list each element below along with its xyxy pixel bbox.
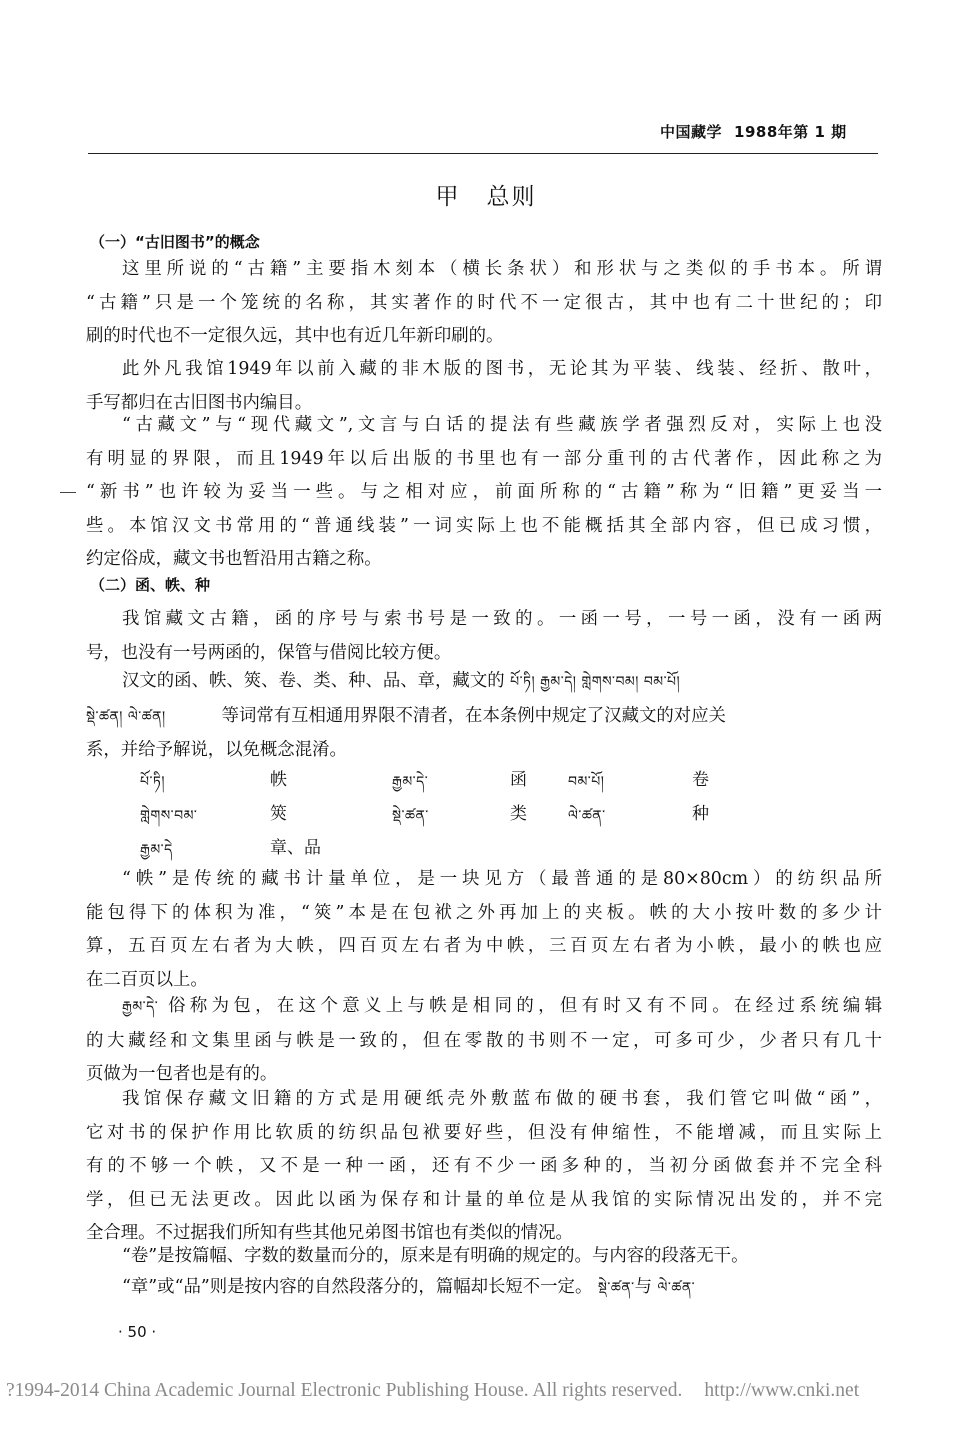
- paragraph-6: “帙”是传统的藏书计量单位，是一块见方（最普通的是80×80cm）的纺织品所 能…: [86, 863, 882, 997]
- text-line: 有明显的界限，而且1949年以后出版的书里也有一部分重刊的古代著作，因此称之为: [86, 443, 882, 477]
- paragraph-7: རྒྱམ་དེ་ 俗称为包，在这个意义上与帙是相同的，但有时又有不同。在经过系统…: [86, 990, 882, 1092]
- text-line: 有的不够一个帙，又不是一种一函，还有不少一函多种的，当初分函做套并不完全科: [86, 1150, 882, 1184]
- text-line: 算，五百页左右者为大帙，四百页左右者为中帙，三百页左右者为小帙，最小的帙也应: [86, 930, 882, 964]
- text-line: “古籍”只是一个笼统的名称，其实著作的时代不一定很古，其中也有二十世纪的；印: [86, 287, 882, 321]
- text-line: སྡེ་ཚན། ལེ་ཚན།等词常有互相通用界限不清者，在本条例中规定了汉藏文的…: [86, 700, 882, 735]
- text-line: 约定俗成，藏文书也暂沿用古籍之称。: [86, 543, 882, 577]
- text-line: 我馆保存藏文旧籍的方式是用硬纸壳外敷蓝布做的硬书套，我们管它叫做“函”，: [86, 1083, 882, 1117]
- section-heading-2: （二）函、帙、种: [90, 574, 210, 595]
- paragraph-8: 我馆保存藏文旧籍的方式是用硬纸壳外敷蓝布做的硬书套，我们管它叫做“函”， 它对书…: [86, 1083, 882, 1251]
- text-line: “卷”是按篇幅、字数的数量而分的，原来是有明确的规定的。与内容的段落无干。: [86, 1240, 882, 1274]
- text-line: 它对书的保护作用比软质的纺织品包袱要好些，但没有伸缩性，不能增减，而且实际上: [86, 1117, 882, 1151]
- paragraph-3: “古藏文”与“现代藏文”,文言与白话的提法有些藏族学者强烈反对，实际上也没 有明…: [86, 409, 882, 577]
- running-header: 中国藏学1988年第 1 期: [660, 121, 847, 142]
- journal-name: 中国藏学: [660, 123, 722, 141]
- text-line: རྒྱམ་དེ་ 俗称为包，在这个意义上与帙是相同的，但有时又有不同。在经过系统…: [86, 990, 882, 1025]
- text-line: 我馆藏文古籍，函的序号与索书号是一致的。一函一号，一号一函，没有一函两: [86, 603, 882, 637]
- text-line: 些。本馆汉文书常用的“普通线装”一词实际上也不能概括其全部内容，但已成习惯，: [86, 510, 882, 544]
- copyright-footer: ?1994-2014 China Academic Journal Electr…: [6, 1380, 972, 1402]
- text-line: 刷的时代也不一定很久远，其中也有近几年新印刷的。: [86, 320, 882, 354]
- title-part: 甲: [436, 184, 461, 210]
- issue-label: 1988年第 1 期: [734, 123, 847, 141]
- tibetan-term: རྒྱམ་དེ་: [122, 999, 158, 1015]
- copyright-text: ?1994-2014 China Academic Journal Electr…: [6, 1380, 682, 1401]
- section-heading-1: （一）“古旧图书”的概念: [90, 231, 260, 252]
- text-line: 学，但已无法更改。因此以函为保存和计量的单位是从我馆的实际情况出发的，并不完: [86, 1184, 882, 1218]
- paragraph-4: 我馆藏文古籍，函的序号与索书号是一致的。一函一号，一号一函，没有一函两 号，也没…: [86, 603, 882, 670]
- text-line: 能包得下的体积为准，“筴”本是在包袱之外再加上的夹板。帙的大小按叶数的多少计: [86, 897, 882, 931]
- text-line: 的大藏经和文集里函与帙是一致的，但在零散的书则不一定，可多可少，少者只有几十: [86, 1025, 882, 1059]
- tibetan-terms: སྡེ་ཚན། ལེ་ཚན།: [86, 709, 166, 725]
- text-line: “新书”也许较为妥当一些。与之相对应，前面所称的“古籍”称为“旧籍”更妥当一: [86, 476, 882, 510]
- page-number: · 50 ·: [118, 1323, 156, 1341]
- paragraph-5: 汉文的函、帙、筴、卷、类、种、品、章，藏文的 པོ་ཏི། རྒྱམ་དེ། ག…: [86, 665, 882, 768]
- text-line: 这里所说的“古籍”主要指木刻本（横长条状）和形状与之类似的手书本。所谓: [86, 253, 882, 287]
- paragraph-10: “章”或“品”则是按内容的自然段落分的，篇幅却长短不一定。 སྡེ་ཚན་与 ལ…: [86, 1271, 882, 1306]
- text-line: 汉文的函、帙、筴、卷、类、种、品、章，藏文的 པོ་ཏི། རྒྱམ་དེ། ག…: [86, 665, 882, 700]
- footer-url[interactable]: http://www.cnki.net: [704, 1380, 859, 1401]
- tibetan-terms: པོ་ཏི། རྒྱམ་དེ། གླེགས་བམ། བམ་པོ།: [510, 674, 680, 690]
- paragraph-9: “卷”是按篇幅、字数的数量而分的，原来是有明确的规定的。与内容的段落无干。: [86, 1240, 882, 1274]
- page-title: 甲总则: [0, 178, 972, 211]
- text-line: “帙”是传统的藏书计量单位，是一块见方（最普通的是80×80cm）的纺织品所: [86, 863, 882, 897]
- title-name: 总则: [487, 184, 537, 210]
- text-line: 系，并给予解说，以免概念混淆。: [86, 734, 882, 768]
- text-line: “章”或“品”则是按内容的自然段落分的，篇幅却长短不一定。 སྡེ་ཚན་与 ལ…: [86, 1271, 882, 1306]
- paragraph-1: 这里所说的“古籍”主要指木刻本（横长条状）和形状与之类似的手书本。所谓 “古籍”…: [86, 253, 882, 354]
- text-line: “古藏文”与“现代藏文”,文言与白话的提法有些藏族学者强烈反对，实际上也没: [86, 409, 882, 443]
- margin-mark: [60, 492, 76, 493]
- text-line: 此外凡我馆1949年以前入藏的非木版的图书，无论其为平装、线装、经折、散叶，: [86, 353, 882, 387]
- header-rule: [88, 153, 878, 154]
